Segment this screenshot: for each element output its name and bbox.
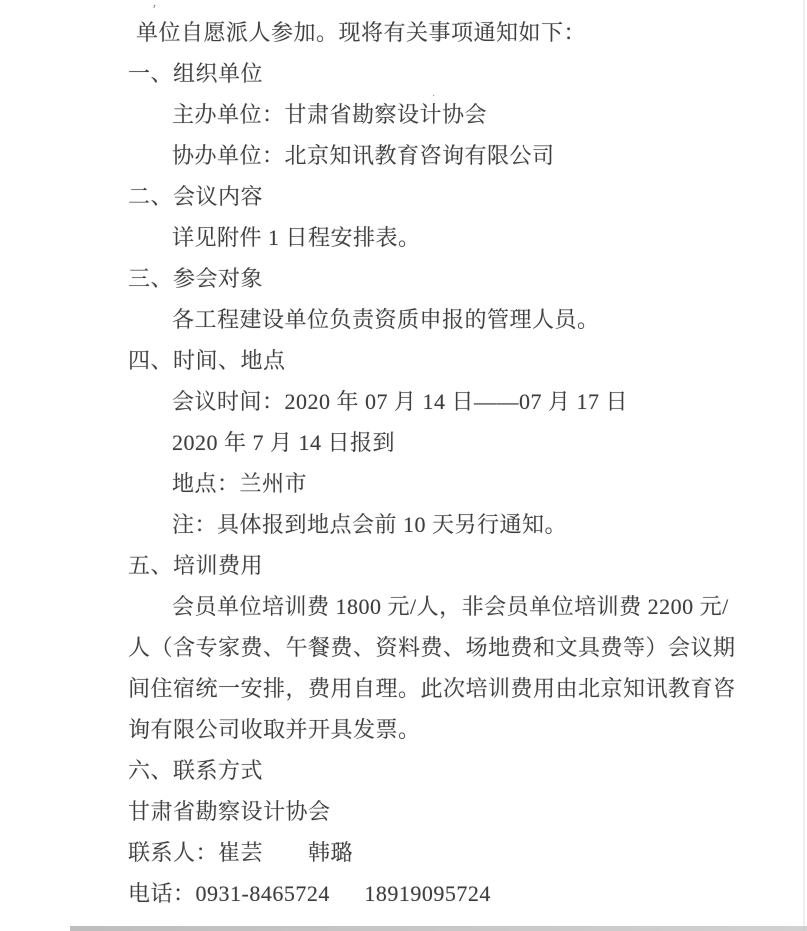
scan-edge-right (803, 0, 805, 931)
fee-paragraph-line-2: 人（含专家费、午餐费、资料费、场地费和文具费等）会议期 (128, 627, 787, 668)
section-6-heading: 六、联系方式 (128, 750, 787, 791)
scan-edge-bottom (70, 926, 807, 931)
contacts-line: 联系人：崔芸 韩璐 (128, 832, 787, 873)
agenda-reference-line: 详见附件 1 日程安排表。 (128, 217, 787, 258)
location-line: 地点：兰州市 (128, 463, 787, 504)
fee-paragraph-line-3: 间住宿统一安排，费用自理。此次培训费用由北京知讯教育咨 (128, 668, 787, 709)
checkin-date-line: 2020 年 7 月 14 日报到 (128, 422, 787, 463)
intro-continuation-line: 单位自愿派人参加。现将有关事项通知如下： (128, 12, 787, 53)
document-page: ʼ · 单位自愿派人参加。现将有关事项通知如下： 一、组织单位 主办单位：甘肃省… (0, 0, 807, 931)
section-2-heading: 二、会议内容 (128, 176, 787, 217)
fee-paragraph-line-1: 会员单位培训费 1800 元/人，非会员单位培训费 2200 元/ (128, 586, 787, 627)
section-3-heading: 三、参会对象 (128, 258, 787, 299)
fee-paragraph-line-4: 询有限公司收取并开具发票。 (128, 709, 787, 750)
document-body: 单位自愿派人参加。现将有关事项通知如下： 一、组织单位 主办单位：甘肃省勘察设计… (128, 12, 787, 914)
participants-line: 各工程建设单位负责资质申报的管理人员。 (128, 299, 787, 340)
section-5-heading: 五、培训费用 (128, 545, 787, 586)
host-organizer-line: 主办单位：甘肃省勘察设计协会 (128, 94, 787, 135)
co-organizer-line: 协办单位：北京知讯教育咨询有限公司 (128, 135, 787, 176)
note-line: 注：具体报到地点会前 10 天另行通知。 (128, 504, 787, 545)
section-4-heading: 四、时间、地点 (128, 340, 787, 381)
association-name-line: 甘肃省勘察设计协会 (128, 791, 787, 832)
meeting-time-line: 会议时间：2020 年 07 月 14 日——07 月 17 日 (128, 381, 787, 422)
section-1-heading: 一、组织单位 (128, 53, 787, 94)
phone-line: 电话：0931-8465724 18919095724 (128, 873, 787, 914)
